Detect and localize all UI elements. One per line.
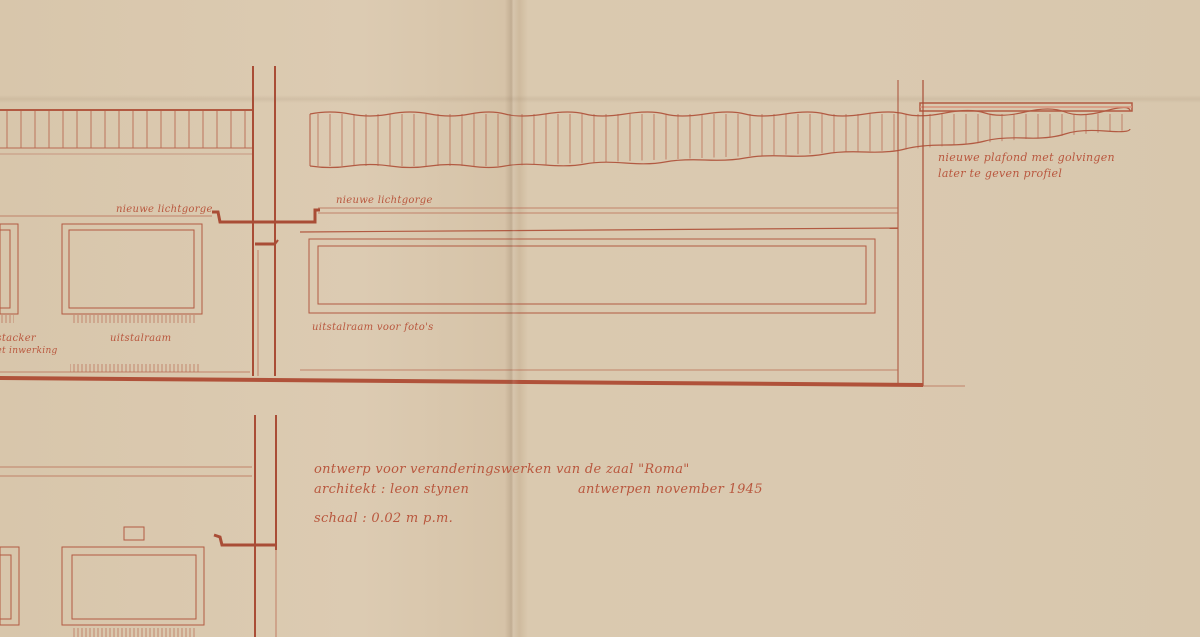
ceiling-band-left [0, 110, 252, 154]
label-uitstalraam-right: uitstalraam voor foto's [312, 322, 434, 333]
showcase-right [300, 239, 898, 370]
label-ceiling-note-1: nieuwe plafond met golvingen [938, 150, 1115, 165]
drawing-sheet: nieuwe lichtgorge nieuwe lichtgorge nieu… [0, 0, 1200, 637]
lower-elevation [0, 415, 276, 637]
title-scale: schaal : 0.02 m p.m. [314, 510, 453, 527]
label-partial-left-2: ...met inwerking [0, 346, 58, 356]
paper-fold-horizontal [0, 95, 1200, 103]
floor-line [0, 378, 923, 385]
label-partial-left-1: ...stacker [0, 333, 36, 344]
label-ceiling-note-2: later te geven profiel [938, 166, 1062, 181]
label-lichtgorge-left: nieuwe lichtgorge [116, 204, 213, 215]
label-lichtgorge-right: nieuwe lichtgorge [336, 195, 433, 206]
label-uitstalraam-left: uitstalraam [110, 333, 171, 344]
title-place-date: antwerpen november 1945 [578, 481, 763, 498]
title-project: ontwerp voor veranderingswerken van de z… [314, 461, 690, 478]
title-architect: architekt : leon stynen [314, 481, 469, 498]
